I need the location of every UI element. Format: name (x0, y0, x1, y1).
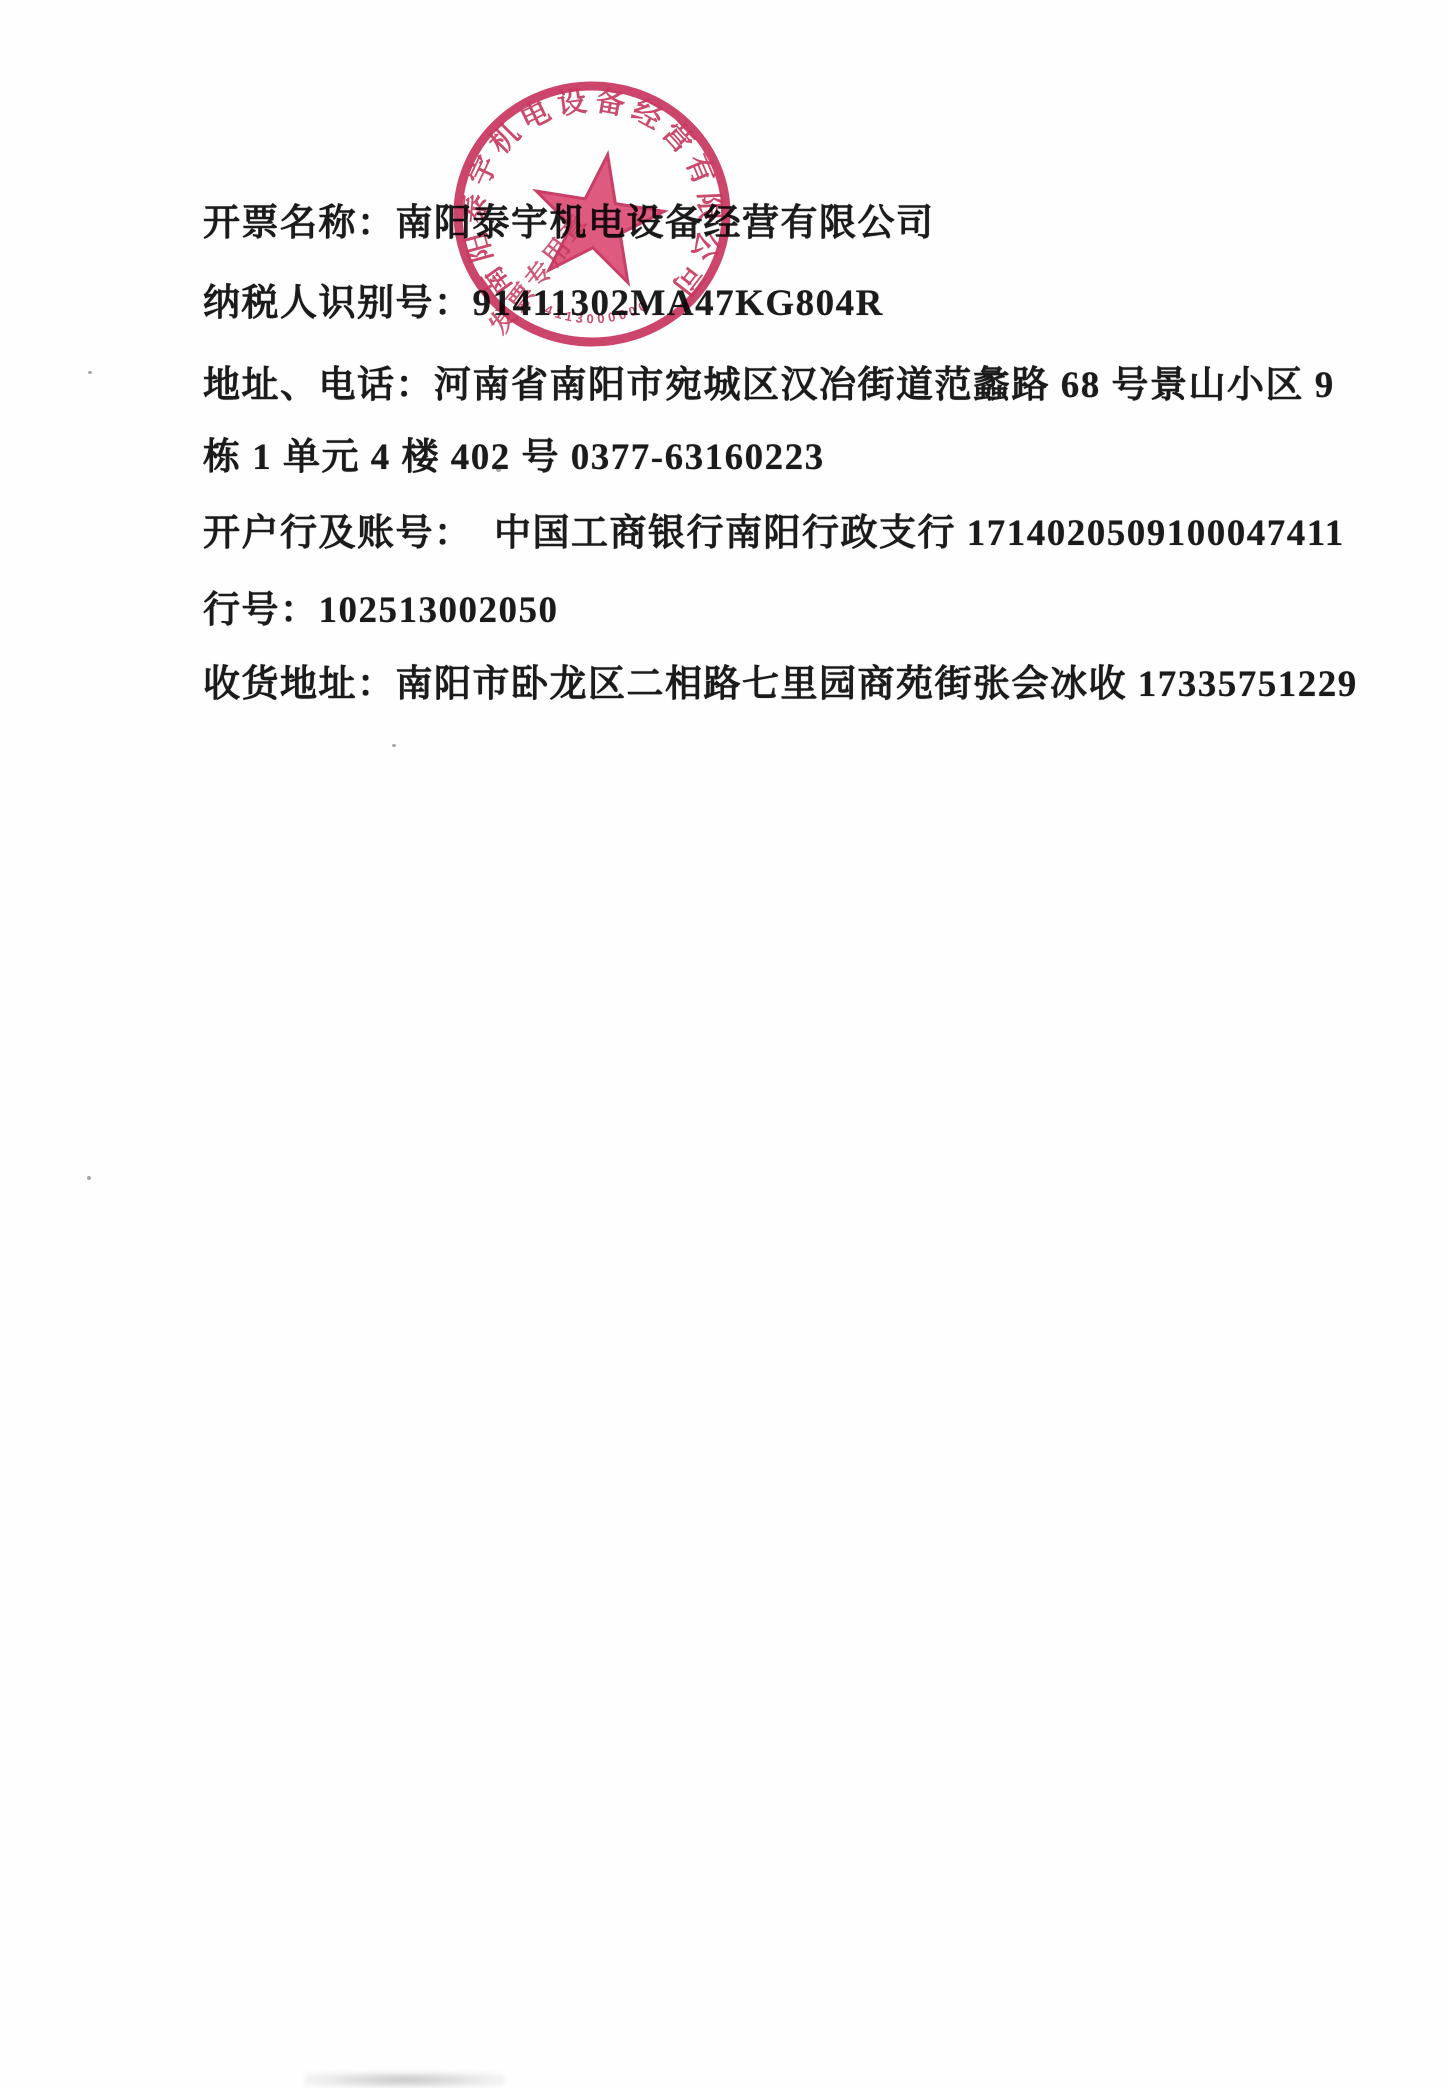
bank-branch-code-line: 行号：102513002050 (203, 579, 559, 633)
shipping-address-line: 收货地址：南阳市卧龙区二相路七里园商苑街张会冰收 17335751229 (203, 653, 1358, 707)
scanned-page: 南阳泰宇机电设备经营有限公司 4113000000 发票专用章 开票名称：南阳泰… (0, 0, 1448, 2088)
address-phone-line-2: 栋 1 单元 4 楼 402 号 0377-63160223 (203, 426, 825, 480)
address-phone-line-1: 地址、电话：河南省南阳市宛城区汉冶街道范蠡路 68 号景山小区 9 (203, 354, 1335, 408)
bank-account-line: 开户行及账号： 中国工商银行南阳行政支行 1714020509100047411 (203, 502, 1345, 556)
document-text-block: 开票名称：南阳泰宇机电设备经营有限公司 纳税人识别号：91411302MA47K… (0, 0, 1448, 2088)
invoice-name-line: 开票名称：南阳泰宇机电设备经营有限公司 (203, 192, 935, 246)
taxpayer-id-line: 纳税人识别号：91411302MA47KG804R (203, 272, 884, 326)
